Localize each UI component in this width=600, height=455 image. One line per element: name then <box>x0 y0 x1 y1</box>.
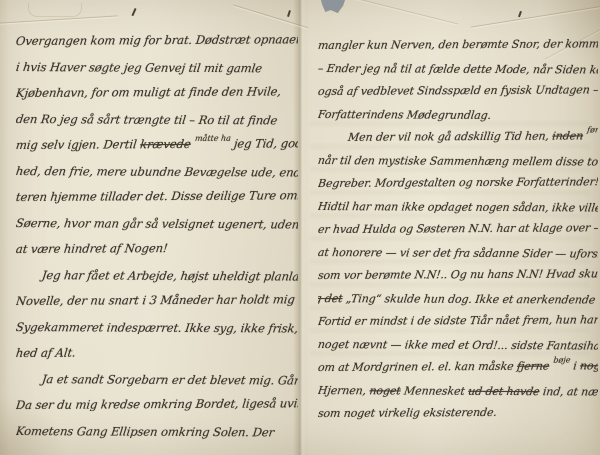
handwriting-line: som vor berømte N.N!.. Og nu hans N.N! H… <box>318 262 598 287</box>
handwriting-line: Kjøbenhavn, for om muligt at finde den H… <box>16 78 298 106</box>
handwriting-line: teren hjemme tillader det. Disse deilige… <box>16 182 298 210</box>
handwriting-line: Fortid er mindst i de sidste Tiår nået f… <box>318 308 598 333</box>
handwriting-line: mangler kun Nerven, den berømte Snor, de… <box>318 34 598 57</box>
handwriting-line: Begreber. Mordgestalten og norske Forfat… <box>318 170 598 195</box>
handwriting-line: mig selv igjen. Dertil krævede måtte ha … <box>16 130 298 158</box>
handwriting-line: Jeg har fået et Arbejde, højst uheldigt … <box>16 262 298 289</box>
manuscript-scan: Overgangen kom mig for brat. Dødstræt op… <box>0 0 600 455</box>
handwriting-line: i hvis Haver søgte jeg Genvej til mit ga… <box>16 54 298 81</box>
handwriting-line: Da ser du mig kredse omkring Bordet, lig… <box>16 390 298 418</box>
handwriting-line: den Ro jeg så sårt trængte til – Ro til … <box>16 106 298 133</box>
handwriting-line: er hvad Hulda og Søsteren N.N. har at kl… <box>318 216 598 241</box>
handwriting-line: at være hindret af Nogen! <box>16 234 298 262</box>
handwriting-line: hed af Alt. <box>16 338 298 366</box>
handwriting-line: Men der vil nok gå adskillig Tid hen, in… <box>318 124 598 149</box>
left-page-text: Overgangen kom mig for brat. Dødstræt op… <box>16 28 298 452</box>
handwriting-line: Ja et sandt Sorgebarn er det blevet mig.… <box>16 366 298 393</box>
handwriting-line: Overgangen kom mig for brat. Dødstræt op… <box>16 28 298 54</box>
handwriting-line: Søerne, hvor man går så velsignet ugener… <box>16 210 298 237</box>
handwriting-line: Kometens Gang Ellipsen omkring Solen. De… <box>16 418 298 445</box>
handwriting-line: Novelle, der nu snart i 3 Måneder har ho… <box>16 286 298 314</box>
handwriting-line: om at Mordgrinen el. el. kan måske fjern… <box>318 354 598 379</box>
handwriting-line: Sygekammeret indespærret. Ikke syg, ikke… <box>16 314 298 341</box>
handwriting-line: som noget virkelig eksisterende. <box>318 400 598 425</box>
right-page-text: mangler kun Nerven, den berømte Snor, de… <box>318 34 598 446</box>
handwriting-line: også af vedblevet Sindsspæld en fysisk U… <box>318 78 598 103</box>
fold-crease <box>28 3 82 17</box>
handwriting-line: hed, den frie, mere ubundne Bevægelse ud… <box>16 158 298 185</box>
